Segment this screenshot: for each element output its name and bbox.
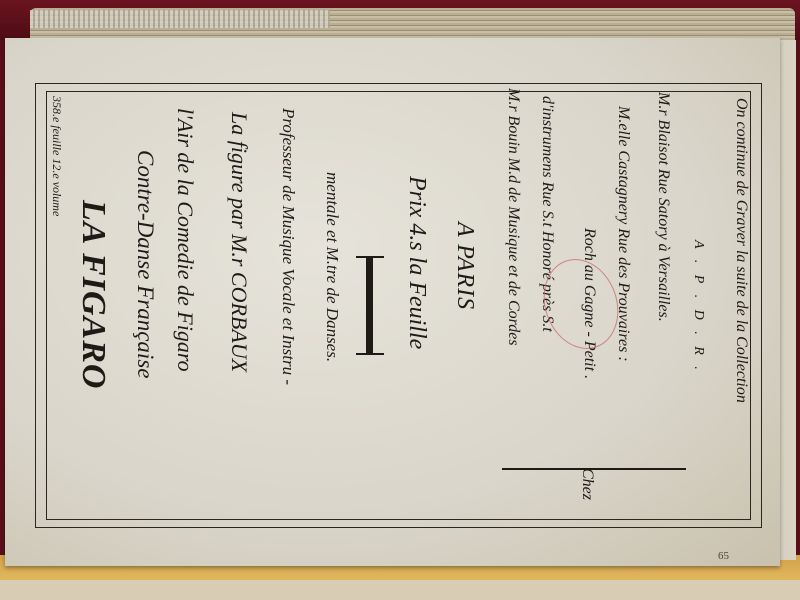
- table-surface: [0, 580, 800, 600]
- privilege-line: A . P . D . R .: [690, 240, 706, 374]
- volume-numeral-bar: [366, 258, 373, 354]
- air-line: l'Air de la Comedie de Figaro: [172, 108, 198, 372]
- seller-line-5: M.r Blaisot Rue Satory à Versailles.: [654, 92, 672, 322]
- chez-label: Chez: [578, 468, 596, 500]
- pencil-page-number: 65: [718, 550, 729, 562]
- footer-line: On continue de Graver la suite de la Col…: [732, 98, 750, 403]
- subtitle: Contre-Danse Française: [132, 150, 158, 378]
- professeur-line: Professeur de Musique Vocale et Instru -: [278, 108, 298, 385]
- numeral-serif-bottom: [356, 353, 384, 355]
- figure-line: La figure par M.r CORBAUX: [226, 112, 252, 372]
- mentale-line: mentale et M.tre de Danses.: [322, 172, 342, 362]
- numeral-serif-top: [356, 256, 384, 258]
- place-line: A PARIS: [451, 222, 478, 310]
- volume-note: 358.e feuille 12.e volume: [49, 96, 64, 216]
- seller-line-1: M.r Bouin M.d de Musique et de Cordes: [504, 88, 522, 346]
- headband: [30, 10, 330, 28]
- page-title: LA FIGARO: [74, 200, 112, 389]
- price-line: Prix 4.s la Feuille: [403, 176, 430, 349]
